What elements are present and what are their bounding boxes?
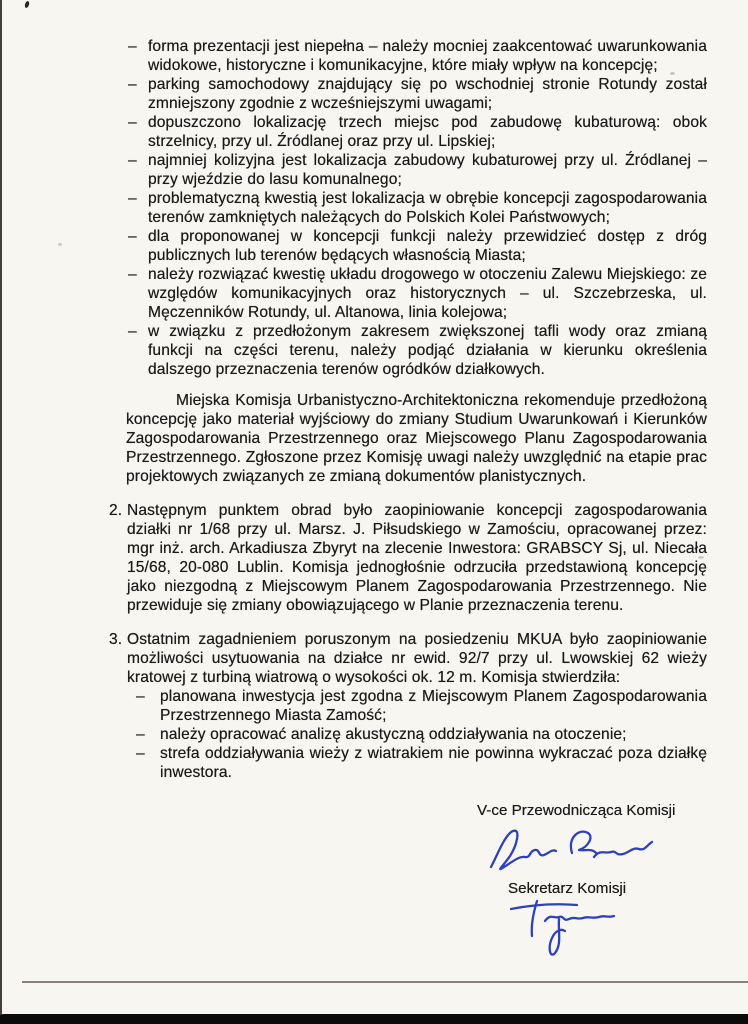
bullet-text: dla proponowanej w koncepcji funkcji nal… <box>148 228 707 264</box>
recommendation-paragraph: Miejska Komisja Urbanistyczno-Architekto… <box>126 391 707 486</box>
bullet-dash: – <box>136 687 145 706</box>
item-text: Następnym punktem obrad było zaopiniowan… <box>127 501 707 615</box>
bullet-text: problematyczną kwestią jest lokalizacja … <box>148 190 707 226</box>
bullet-text: w związku z przedłożonym zakresem zwięks… <box>148 323 707 378</box>
bullet-text: najmniej kolizyjna jest lokalizacja zabu… <box>148 152 707 188</box>
bullet-text: parking samochodowy znajdujący się po ws… <box>148 76 707 112</box>
item-body: Następnym punktem obrad było zaopiniowan… <box>127 501 707 615</box>
bullet-dash: – <box>128 227 137 246</box>
bullet-text: należy opracować analizę akustyczną oddz… <box>160 726 627 743</box>
list-item: – należy rozwiązać kwestię układu drogow… <box>127 265 707 322</box>
bullet-dash: – <box>128 37 137 56</box>
scan-speck <box>24 1 30 9</box>
list-item: – dla proponowanej w koncepcji funkcji n… <box>127 227 707 265</box>
document-body: – forma prezentacji jest niepełna – nale… <box>127 37 707 782</box>
scan-edge-left <box>0 0 2 1024</box>
item-number: 3. <box>109 630 127 782</box>
item-text: Ostatnim zagadnieniem poruszonym na posi… <box>127 630 707 687</box>
scan-line-bottom <box>22 981 748 983</box>
bullet-text: forma prezentacji jest niepełna – należy… <box>148 38 707 74</box>
bullet-dash: – <box>128 75 137 94</box>
vice-chair-signature-ink <box>484 825 656 879</box>
list-item: – dopuszczono lokalizację trzech miejsc … <box>127 113 707 151</box>
agenda-item-2: 2. Następnym punktem obrad było zaopinio… <box>109 501 707 615</box>
list-item: – parking samochodowy znajdujący się po … <box>127 75 707 113</box>
vice-chair-title: V-ce Przewodnicząca Komisji <box>477 802 675 820</box>
bullet-dash: – <box>128 113 137 132</box>
bullet-dash: – <box>128 265 137 284</box>
bullet-dash: – <box>136 725 145 744</box>
bullet-dash: – <box>128 322 137 341</box>
list-item: – najmniej kolizyjna jest lokalizacja za… <box>127 151 707 189</box>
bullet-text: dopuszczono lokalizację trzech miejsc po… <box>148 114 707 150</box>
item-body: Ostatnim zagadnieniem poruszonym na posi… <box>127 630 707 782</box>
bullet-dash: – <box>136 744 145 763</box>
list-item: – problematyczną kwestią jest lokalizacj… <box>127 189 707 227</box>
bullet-text: planowana inwestycja jest zgodna z Miejs… <box>160 688 707 724</box>
list-item: – forma prezentacji jest niepełna – nale… <box>127 37 707 75</box>
list-item: – strefa oddziaływania wieży z wiatrakie… <box>136 744 707 782</box>
item-number: 2. <box>109 501 127 615</box>
agenda-item-3: 3. Ostatnim zagadnieniem poruszonym na p… <box>109 630 707 782</box>
bullet-dash: – <box>128 151 137 170</box>
list-item: – w związku z przedłożonym zakresem zwię… <box>127 322 707 379</box>
bullet-text: należy rozwiązać kwestię układu drogoweg… <box>148 266 707 321</box>
bullet-dash: – <box>128 189 137 208</box>
secretary-signature-ink <box>501 894 633 958</box>
scan-edge-bottom <box>0 1014 748 1024</box>
list-item: – planowana inwestycja jest zgodna z Mie… <box>136 687 707 725</box>
scanned-document-page: – forma prezentacji jest niepełna – nale… <box>0 0 748 1024</box>
list-item: – należy opracować analizę akustyczną od… <box>136 725 707 744</box>
scan-speck <box>58 243 62 246</box>
bullet-text: strefa oddziaływania wieży z wiatrakiem … <box>160 745 707 781</box>
